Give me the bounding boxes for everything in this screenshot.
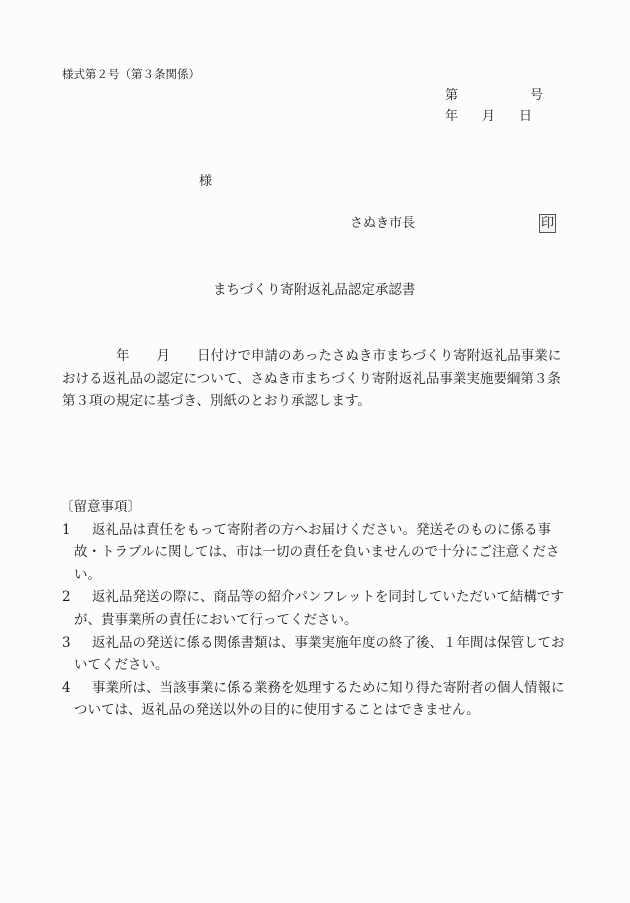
note-item-4: 4事業所は、当該事業に係る業務を処理するために知り得た寄附者の個人情報に ついて… bbox=[62, 677, 570, 722]
number-prefix: 第 bbox=[445, 88, 458, 103]
notes-heading: 〔留意事項〕 bbox=[60, 496, 570, 519]
body-line-1: 年 月 日付けで申請のあったさぬき市まちづくり寄附返礼品事業に bbox=[62, 345, 570, 368]
issue-date-line: 年月日 bbox=[445, 109, 532, 125]
date-day-label: 日 bbox=[519, 109, 532, 124]
note-number: 2 bbox=[62, 586, 92, 609]
issuer-name: さぬき市長 bbox=[350, 216, 415, 232]
notes-section: 〔留意事項〕 1返礼品は責任をもって寄附者の方へお届けください。発送そのものに係… bbox=[62, 496, 570, 722]
note-number: 3 bbox=[62, 632, 92, 655]
note-item-2: 2返礼品発送の際に、商品等の紹介パンフレットを同封していただいて結構です が、貴… bbox=[62, 586, 570, 631]
number-suffix: 号 bbox=[530, 88, 543, 103]
note-number: 1 bbox=[62, 519, 92, 542]
date-year-label: 年 bbox=[445, 109, 458, 124]
form-label: 様式第２号（第３条関係） bbox=[62, 66, 200, 82]
date-month-label: 月 bbox=[482, 109, 495, 124]
body-line-3: 第３項の規定に基づき、別紙のとおり承認します。 bbox=[62, 390, 570, 413]
approval-body: 年 月 日付けで申請のあったさぬき市まちづくり寄附返礼品事業に おける返礼品の認… bbox=[62, 345, 570, 413]
note-number: 4 bbox=[62, 677, 92, 700]
seal-stamp-icon: 印 bbox=[539, 214, 556, 233]
addressee-honorific: 様 bbox=[199, 174, 212, 190]
body-line-2: おける返礼品の認定について、さぬき市まちづくり寄附返礼品事業実施要綱第３条 bbox=[62, 368, 570, 391]
note-item-1: 1返礼品は責任をもって寄附者の方へお届けください。発送そのものに係る事 故・トラ… bbox=[62, 519, 570, 587]
note-item-3: 3返礼品の発送に係る関係書類は、事業実施年度の終了後、１年間は保管してお いてく… bbox=[62, 632, 570, 677]
document-number-line: 第号 bbox=[445, 88, 543, 104]
document-title: まちづくり寄附返礼品認定承認書 bbox=[213, 282, 415, 298]
